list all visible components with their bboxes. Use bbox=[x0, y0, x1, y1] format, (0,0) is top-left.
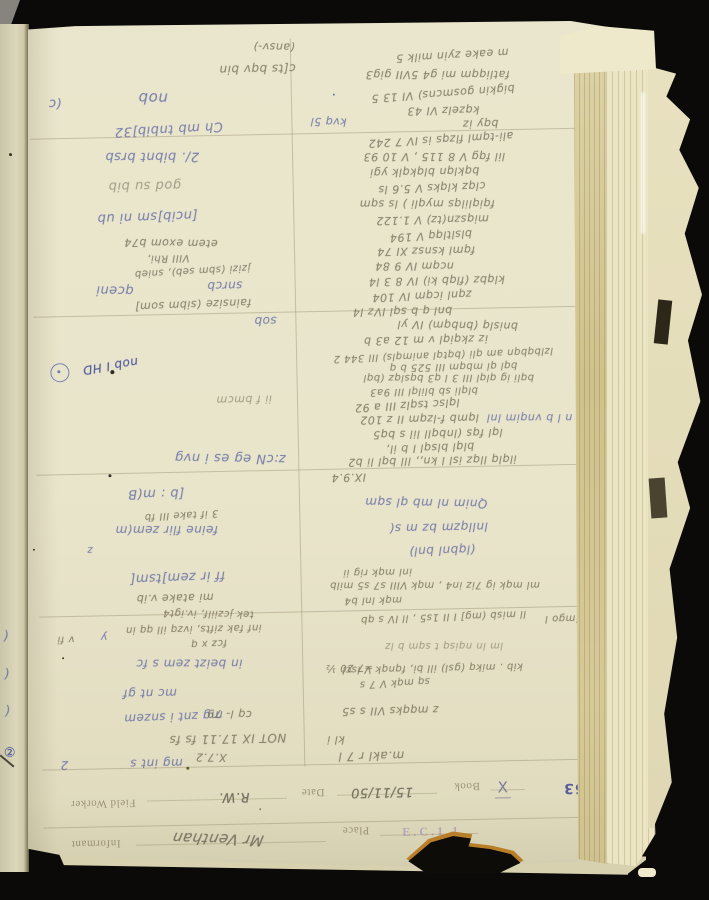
paper-speck bbox=[186, 767, 189, 770]
handwriting-fragment: mc nt gf bbox=[123, 686, 177, 701]
handwriting-fragment: qceni bbox=[96, 282, 134, 298]
handwriting-fragment: sob bbox=[254, 314, 277, 328]
handwriting-fragment: bqli ig qlql III 3 l q3 bqslqz (bql bbox=[363, 372, 534, 383]
handwriting-fragment: in beizt zem s fc bbox=[136, 657, 243, 671]
handwriting-fragment: miqszn(tz) V 1.122 bbox=[376, 212, 489, 227]
book-label: Book bbox=[454, 780, 480, 793]
page-edge-top-tab bbox=[560, 26, 656, 74]
handwriting-fragment: lnllqzm bz m s( bbox=[389, 520, 488, 536]
handwriting-fragment: fcz x q bbox=[190, 637, 227, 650]
handwriting-fragment: fainsize (sibm som] bbox=[134, 296, 251, 313]
handwriting-fragment: bnl q b sql IVz l4 bbox=[352, 304, 452, 319]
handwriting-fragment: lil fqg V 8 115 , V 10 93 bbox=[363, 150, 505, 163]
handwriting-fragment: ② bbox=[4, 746, 16, 761]
column-divider-line bbox=[290, 39, 306, 767]
form-answer-line bbox=[147, 798, 287, 802]
ruled-line bbox=[33, 305, 593, 317]
handwriting-fragment: z:cN eg es i nvg bbox=[174, 449, 286, 466]
paper-chip bbox=[638, 868, 656, 877]
handwriting-fragment: ) bbox=[4, 629, 10, 644]
handwriting-fragment: m.akl r 7 l bbox=[338, 748, 404, 763]
handwriting-fragment: zqnl icqm IV 104 bbox=[372, 288, 472, 305]
handwriting-fragment: inl mqk rig ii bbox=[343, 566, 412, 578]
ruled-line bbox=[36, 463, 596, 475]
handwriting-fragment: NOT IX 17.11 fs fs bbox=[169, 731, 286, 747]
blue-circled-annotation bbox=[50, 363, 69, 382]
informant-label: Informant bbox=[71, 837, 121, 850]
date-value: 15/11/50 bbox=[351, 784, 414, 800]
handwriting-fragment: feine flir zem(m bbox=[115, 523, 218, 537]
handwriting-fragment: z bbox=[87, 544, 93, 555]
handwriting-fragment: lm ln nqisq t sqm b lz bbox=[385, 640, 503, 651]
handwriting-fragment: mqk lnl b4 bbox=[344, 594, 402, 606]
handwriting-fragment: kqzelz VI 43 bbox=[407, 103, 480, 117]
handwriting-fragment: v fi bbox=[57, 633, 75, 644]
handwriting-fragment: jzizi (sbm seb), snieb bbox=[134, 262, 251, 279]
handwriting-fragment: nob I HD bbox=[82, 355, 140, 378]
handwriting-fragment: IX.9.4 bbox=[331, 471, 366, 485]
handwriting-fragment: VIII Rhi, bbox=[147, 252, 190, 264]
date-label: Date bbox=[301, 786, 324, 798]
paper-speck bbox=[108, 474, 111, 477]
field-worker-label: Field Worker bbox=[70, 797, 135, 810]
paper-speck bbox=[33, 549, 35, 551]
handwriting-fragment: bqklqn blqkqlk ygi bbox=[369, 164, 479, 179]
handwriting-fragment: blqli sb blilql III 9a3 bbox=[370, 384, 479, 397]
handwriting-fragment: Emgo l bbox=[545, 612, 583, 624]
handwriting-fragment: cq l- 79 bbox=[207, 707, 252, 721]
paper-speck bbox=[333, 94, 335, 96]
handwriting-fragment: sq mqk V 7 s bbox=[359, 675, 430, 690]
handwriting-fragment: m eake zyin milk 5 bbox=[395, 46, 508, 65]
handwriting-fragment: fqiqlilqs myqli ) ls sqm bbox=[359, 197, 495, 210]
handwriting-fragment: X.7.2 bbox=[196, 751, 227, 764]
handwriting-fragment: ) bbox=[5, 667, 11, 682]
informant-value: Mr Venthan bbox=[170, 829, 265, 850]
handwriting-fragment: ff ir zem]tsm[ bbox=[129, 568, 225, 587]
handwriting-fragment: (ansv-) bbox=[253, 40, 295, 54]
handwriting-fragment: god su bib bbox=[108, 177, 181, 193]
handwriting-fragment: iz zkqiql v m 12 a3 b bbox=[363, 332, 488, 347]
handwriting-fragment: nob bbox=[138, 89, 168, 107]
handwriting-fragment: 2/. bibnt brsb bbox=[105, 149, 199, 164]
handwriting-fragment: 3 if take III fb bbox=[144, 507, 219, 522]
handwriting-fragment: bnislq (bnbqm) IV yl bbox=[397, 318, 518, 333]
page-edge-stack-tan bbox=[574, 58, 608, 864]
handwriting-fragment: klqbz (flqb ki) IV 8 3 l4 bbox=[368, 273, 505, 289]
paper-speck bbox=[62, 657, 64, 659]
handwriting-fragment: z mqqks VII s s5 bbox=[342, 703, 439, 718]
photographed-notebook-page: Field Worker R.W. Date 15/11/50 Book X 5… bbox=[0, 0, 709, 900]
handwriting-fragment: (lqbnl bnl) bbox=[408, 542, 475, 558]
handwriting-fragment: [ncib]sm ni ub bbox=[97, 207, 198, 226]
handwriting-fragment: mi atake v.ib bbox=[136, 591, 214, 606]
handwriting-fragment: inf fak zifts, ivzq ill qq in bbox=[125, 622, 261, 636]
handwriting-fragment: kl i bbox=[327, 733, 345, 746]
handwriting-fragment: fatliqqm mi g4 5VII gig3 bbox=[365, 68, 510, 81]
handwriting-fragment: y bbox=[100, 631, 107, 644]
field-worker-value: R.W. bbox=[218, 789, 249, 805]
handwriting-fragment: blsltlqq V 194 bbox=[389, 227, 472, 245]
handwriting-fragment: [b : m(B bbox=[127, 485, 184, 501]
paper-speck bbox=[110, 370, 114, 374]
handwriting-fragment: c[ts bqv bin bbox=[219, 61, 296, 77]
ruled-line bbox=[44, 816, 606, 828]
handwriting-fragment: etem exom b74 bbox=[124, 236, 218, 250]
handwriting-fragment: lql fqs (lnbqll lil s bq5 bbox=[373, 426, 503, 442]
torn-notch bbox=[649, 477, 668, 518]
ruled-line bbox=[42, 758, 604, 770]
paper-speck bbox=[9, 153, 12, 156]
handwriting-fragment: ncqm IV 9 84 bbox=[375, 259, 454, 272]
handwriting-fragment: fqml ksnsz XI 74 bbox=[377, 243, 476, 258]
handwriting-fragment: n l b vnqim lnl bbox=[486, 411, 572, 424]
paper-speck bbox=[259, 808, 261, 810]
handwriting-fragment: clqz klqks V 5.6 ls bbox=[378, 179, 486, 196]
handwriting-fragment: Qnim nl mb ql sqm bbox=[365, 495, 488, 511]
handwriting-fragment: bigkin gosmcns) VI 13 5 bbox=[371, 82, 515, 105]
handwriting-fragment: kib . mikq (gsl) ill bi, fqnqk V lscl bbox=[342, 660, 523, 675]
handwriting-fragment: ml mqk ig 7iz in4 , mqk VIII s7 s5 milb bbox=[330, 579, 540, 591]
place-label: Place bbox=[342, 824, 369, 837]
handwriting-fragment: snrcb bbox=[207, 279, 243, 294]
handwriting-fragment: (c bbox=[48, 96, 62, 111]
handwriting-fragment: ii f bmcm bbox=[216, 392, 272, 406]
handwriting-fragment: ) bbox=[5, 704, 11, 719]
handwriting-fragment: kvq 5l bbox=[310, 115, 347, 129]
paper-glare bbox=[641, 92, 645, 234]
handwriting-fragment: lqmb f-lzqm II z 102 bbox=[360, 411, 479, 426]
